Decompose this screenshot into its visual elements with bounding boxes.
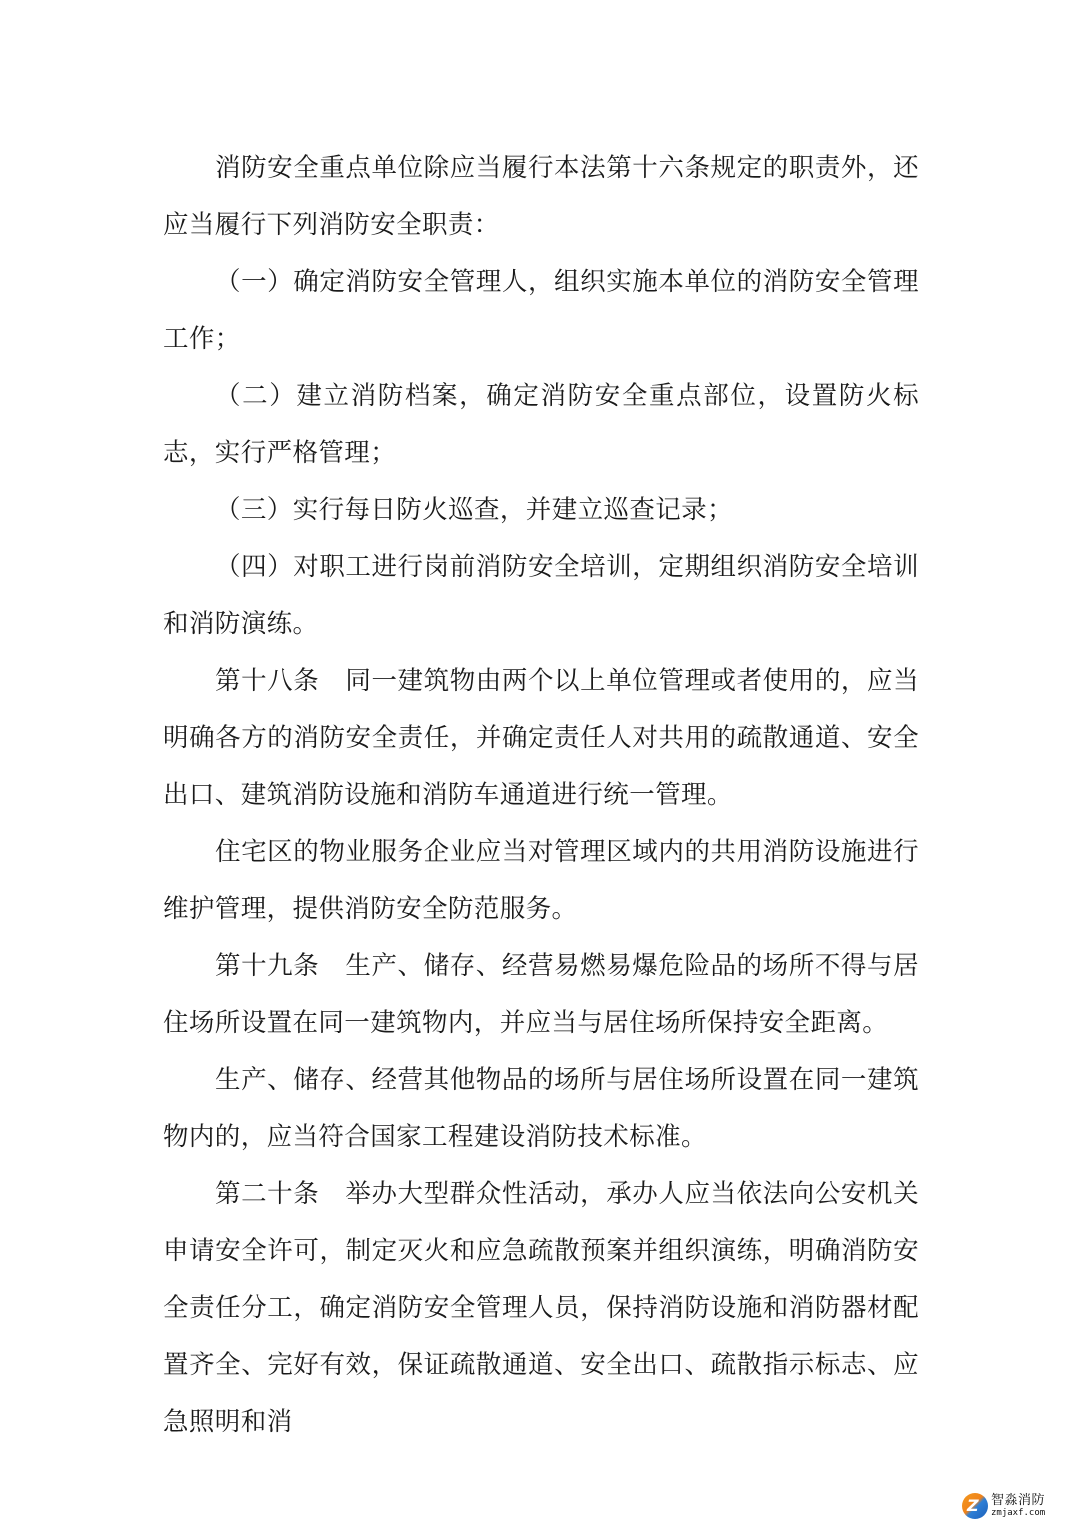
document-page: 消防安全重点单位除应当履行本法第十六条规定的职责外，还应当履行下列消防安全职责：… — [163, 140, 919, 1451]
watermark-text: 智淼消防 zmjaxf.com — [991, 1494, 1045, 1518]
paragraph-item-1: （一）确定消防安全管理人，组织实施本单位的消防安全管理工作； — [163, 254, 919, 368]
paragraph-item-4: （四）对职工进行岗前消防安全培训，定期组织消防安全培训和消防演练。 — [163, 539, 919, 653]
watermark-url: zmjaxf.com — [991, 1509, 1045, 1518]
paragraph-item-2: （二）建立消防档案，确定消防安全重点部位，设置防火标志，实行严格管理； — [163, 368, 919, 482]
paragraph-intro: 消防安全重点单位除应当履行本法第十六条规定的职责外，还应当履行下列消防安全职责： — [163, 140, 919, 254]
paragraph-article-19-other: 生产、储存、经营其他物品的场所与居住场所设置在同一建筑物内的，应当符合国家工程建… — [163, 1052, 919, 1166]
paragraph-article-20: 第二十条 举办大型群众性活动，承办人应当依法向公安机关申请安全许可，制定灭火和应… — [163, 1166, 919, 1451]
watermark-brand-name: 智淼消防 — [991, 1494, 1045, 1507]
paragraph-article-19: 第十九条 生产、储存、经营易燃易爆危险品的场所不得与居住场所设置在同一建筑物内，… — [163, 938, 919, 1052]
paragraph-item-3: （三）实行每日防火巡查，并建立巡查记录； — [163, 482, 919, 539]
watermark: 智淼消防 zmjaxf.com — [962, 1490, 1077, 1522]
paragraph-article-18-residential: 住宅区的物业服务企业应当对管理区域内的共用消防设施进行维护管理，提供消防安全防范… — [163, 824, 919, 938]
zm-logo-icon — [962, 1493, 988, 1519]
paragraph-article-18: 第十八条 同一建筑物由两个以上单位管理或者使用的，应当明确各方的消防安全责任，并… — [163, 653, 919, 824]
